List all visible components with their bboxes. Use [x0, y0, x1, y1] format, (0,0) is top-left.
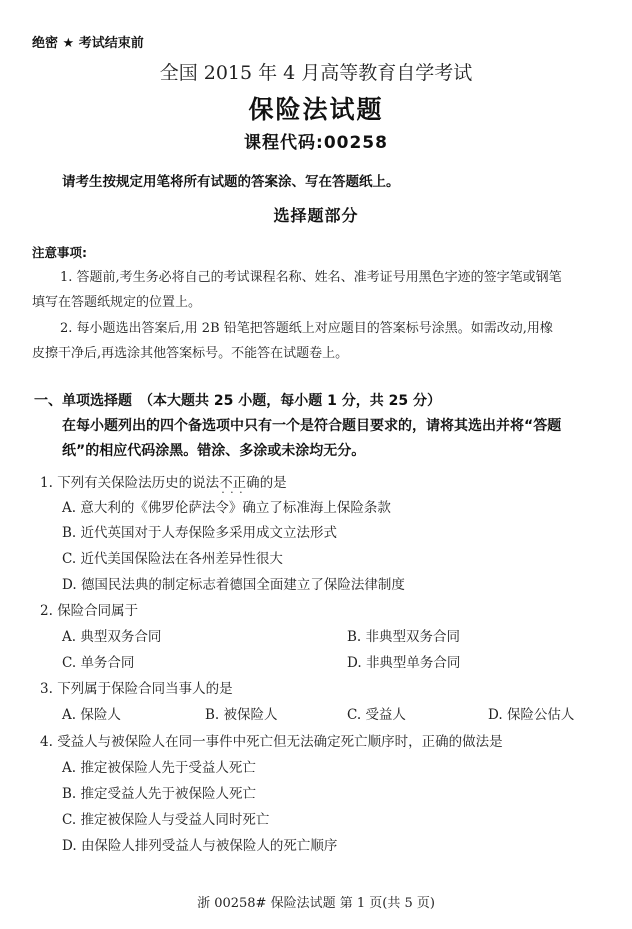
part-one-desc-line-1: 在每小题列出的四个备选项中只有一个是符合题目要求的，请将其选出并将“答题: [62, 415, 561, 435]
part-one-desc-line-2: 纸”的相应代码涂黑。错涂、多涂或未涂均无分。: [62, 440, 365, 460]
question-1-stem: 1. 下列有关保险法历史的说法不正确的是: [40, 471, 287, 491]
question-2-option-b: B. 非典型双务合同: [347, 625, 460, 645]
question-3-option-d: D. 保险公估人: [488, 703, 574, 723]
note-2-line-2: 皮擦干净后,再选涂其他答案标号。不能答在试题卷上。: [32, 342, 348, 361]
exam-session-line: 全国 2015 年 4 月高等教育自学考试: [0, 58, 632, 85]
section-title: 选择题部分: [0, 203, 632, 226]
question-4-option-d: D. 由保险人排列受益人与被保险人的死亡顺序: [62, 834, 337, 854]
confidential-label: 绝密 ★ 考试结束前: [32, 32, 144, 51]
course-code: 课程代码:00258: [0, 128, 632, 153]
question-4-option-c: C. 推定被保险人与受益人同时死亡: [62, 808, 269, 828]
note-1-line-1: 1. 答题前,考生务必将自己的考试课程名称、姓名、准考证号用黑色字迹的签字笔或钢…: [32, 266, 562, 285]
answer-instruction: 请考生按规定用笔将所有试题的答案涂、写在答题纸上。: [62, 170, 400, 190]
question-2-option-a: A. 典型双务合同: [62, 625, 161, 645]
note-1-line-2: 填写在答题纸规定的位置上。: [32, 291, 201, 310]
emphasis-text: 不正确: [219, 475, 260, 491]
notes-title: 注意事项:: [32, 243, 87, 261]
question-2-option-c: C. 单务合同: [62, 651, 134, 671]
question-4-option-b: B. 推定受益人先于被保险人死亡: [62, 782, 256, 802]
question-2-option-d: D. 非典型单务合同: [347, 651, 460, 671]
subject-title: 保险法试题: [0, 90, 632, 126]
question-2-stem: 2. 保险合同属于: [40, 599, 138, 619]
question-3-option-b: B. 被保险人: [205, 703, 278, 723]
question-4-stem: 4. 受益人与被保险人在同一事件中死亡但无法确定死亡顺序时，正确的做法是: [40, 730, 503, 750]
question-3-option-c: C. 受益人: [347, 703, 406, 723]
question-4-option-a: A. 推定被保险人先于受益人死亡: [62, 756, 256, 776]
question-3-stem: 3. 下列属于保险合同当事人的是: [40, 677, 233, 697]
page-footer: 浙 00258# 保险法试题 第 1 页(共 5 页): [0, 892, 632, 911]
note-2-line-1: 2. 每小题选出答案后,用 2B 铅笔把答题纸上对应题目的答案标号涂黑。如需改动…: [32, 317, 553, 336]
question-1-option-a: A. 意大利的《佛罗伦萨法令》确立了标准海上保险条款: [62, 496, 391, 516]
question-1-option-c: C. 近代美国保险法在各州差异性很大: [62, 547, 283, 567]
question-1-option-d: D. 德国民法典的制定标志着德国全面建立了保险法律制度: [62, 573, 405, 593]
part-one-heading: 一、单项选择题 （本大题共 25 小题，每小题 1 分，共 25 分）: [34, 390, 441, 410]
question-3-option-a: A. 保险人: [62, 703, 121, 723]
question-1-option-b: B. 近代英国对于人寿保险多采用成文立法形式: [62, 521, 337, 541]
